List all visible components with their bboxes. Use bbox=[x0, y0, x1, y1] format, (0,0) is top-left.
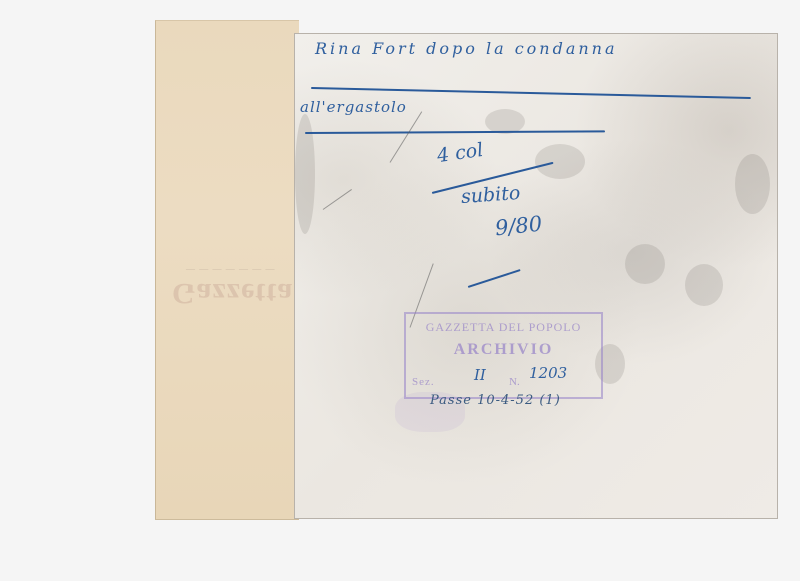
caption-line-1: Rina Fort dopo la condanna bbox=[315, 39, 618, 58]
stamp-number-value: 1203 bbox=[529, 364, 567, 382]
faint-print-line1: — — — — — — — bbox=[186, 264, 296, 274]
foxing-spot bbox=[685, 264, 723, 306]
underline-2 bbox=[305, 130, 605, 134]
faint-print-line2: Gazzetta bbox=[172, 276, 296, 310]
stamp-section-value: II bbox=[474, 366, 486, 384]
pencil-mark bbox=[323, 189, 352, 210]
foxing-spot bbox=[625, 244, 665, 284]
stamp-number-label: N. bbox=[509, 376, 520, 388]
pencil-mark bbox=[390, 111, 423, 162]
tan-paper-sheet: — — — — — — — Gazzetta bbox=[155, 20, 299, 519]
stamp-section-label: Sez. bbox=[412, 376, 435, 388]
underline-4 bbox=[468, 269, 521, 288]
note-columns: 4 col bbox=[436, 139, 485, 167]
note-code: 9/80 bbox=[494, 212, 543, 241]
foxing-spot bbox=[535, 144, 585, 179]
caption-line-2: all'ergastolo bbox=[300, 98, 407, 116]
foxing-spot bbox=[735, 154, 770, 214]
date-note: Passe 10-4-52 (1) bbox=[430, 393, 561, 408]
stamp-label: ARCHIVIO bbox=[406, 341, 601, 359]
archive-stamp: GAZZETTA DEL POPOLO ARCHIVIO Sez. N. II … bbox=[404, 312, 603, 399]
photo-back: Rina Fort dopo la condanna all'ergastolo… bbox=[294, 33, 778, 519]
faint-bleedthrough-print: — — — — — — — Gazzetta bbox=[176, 264, 296, 310]
stamp-publication: GAZZETTA DEL POPOLO bbox=[406, 320, 601, 335]
note-urgency: subito bbox=[460, 182, 521, 208]
